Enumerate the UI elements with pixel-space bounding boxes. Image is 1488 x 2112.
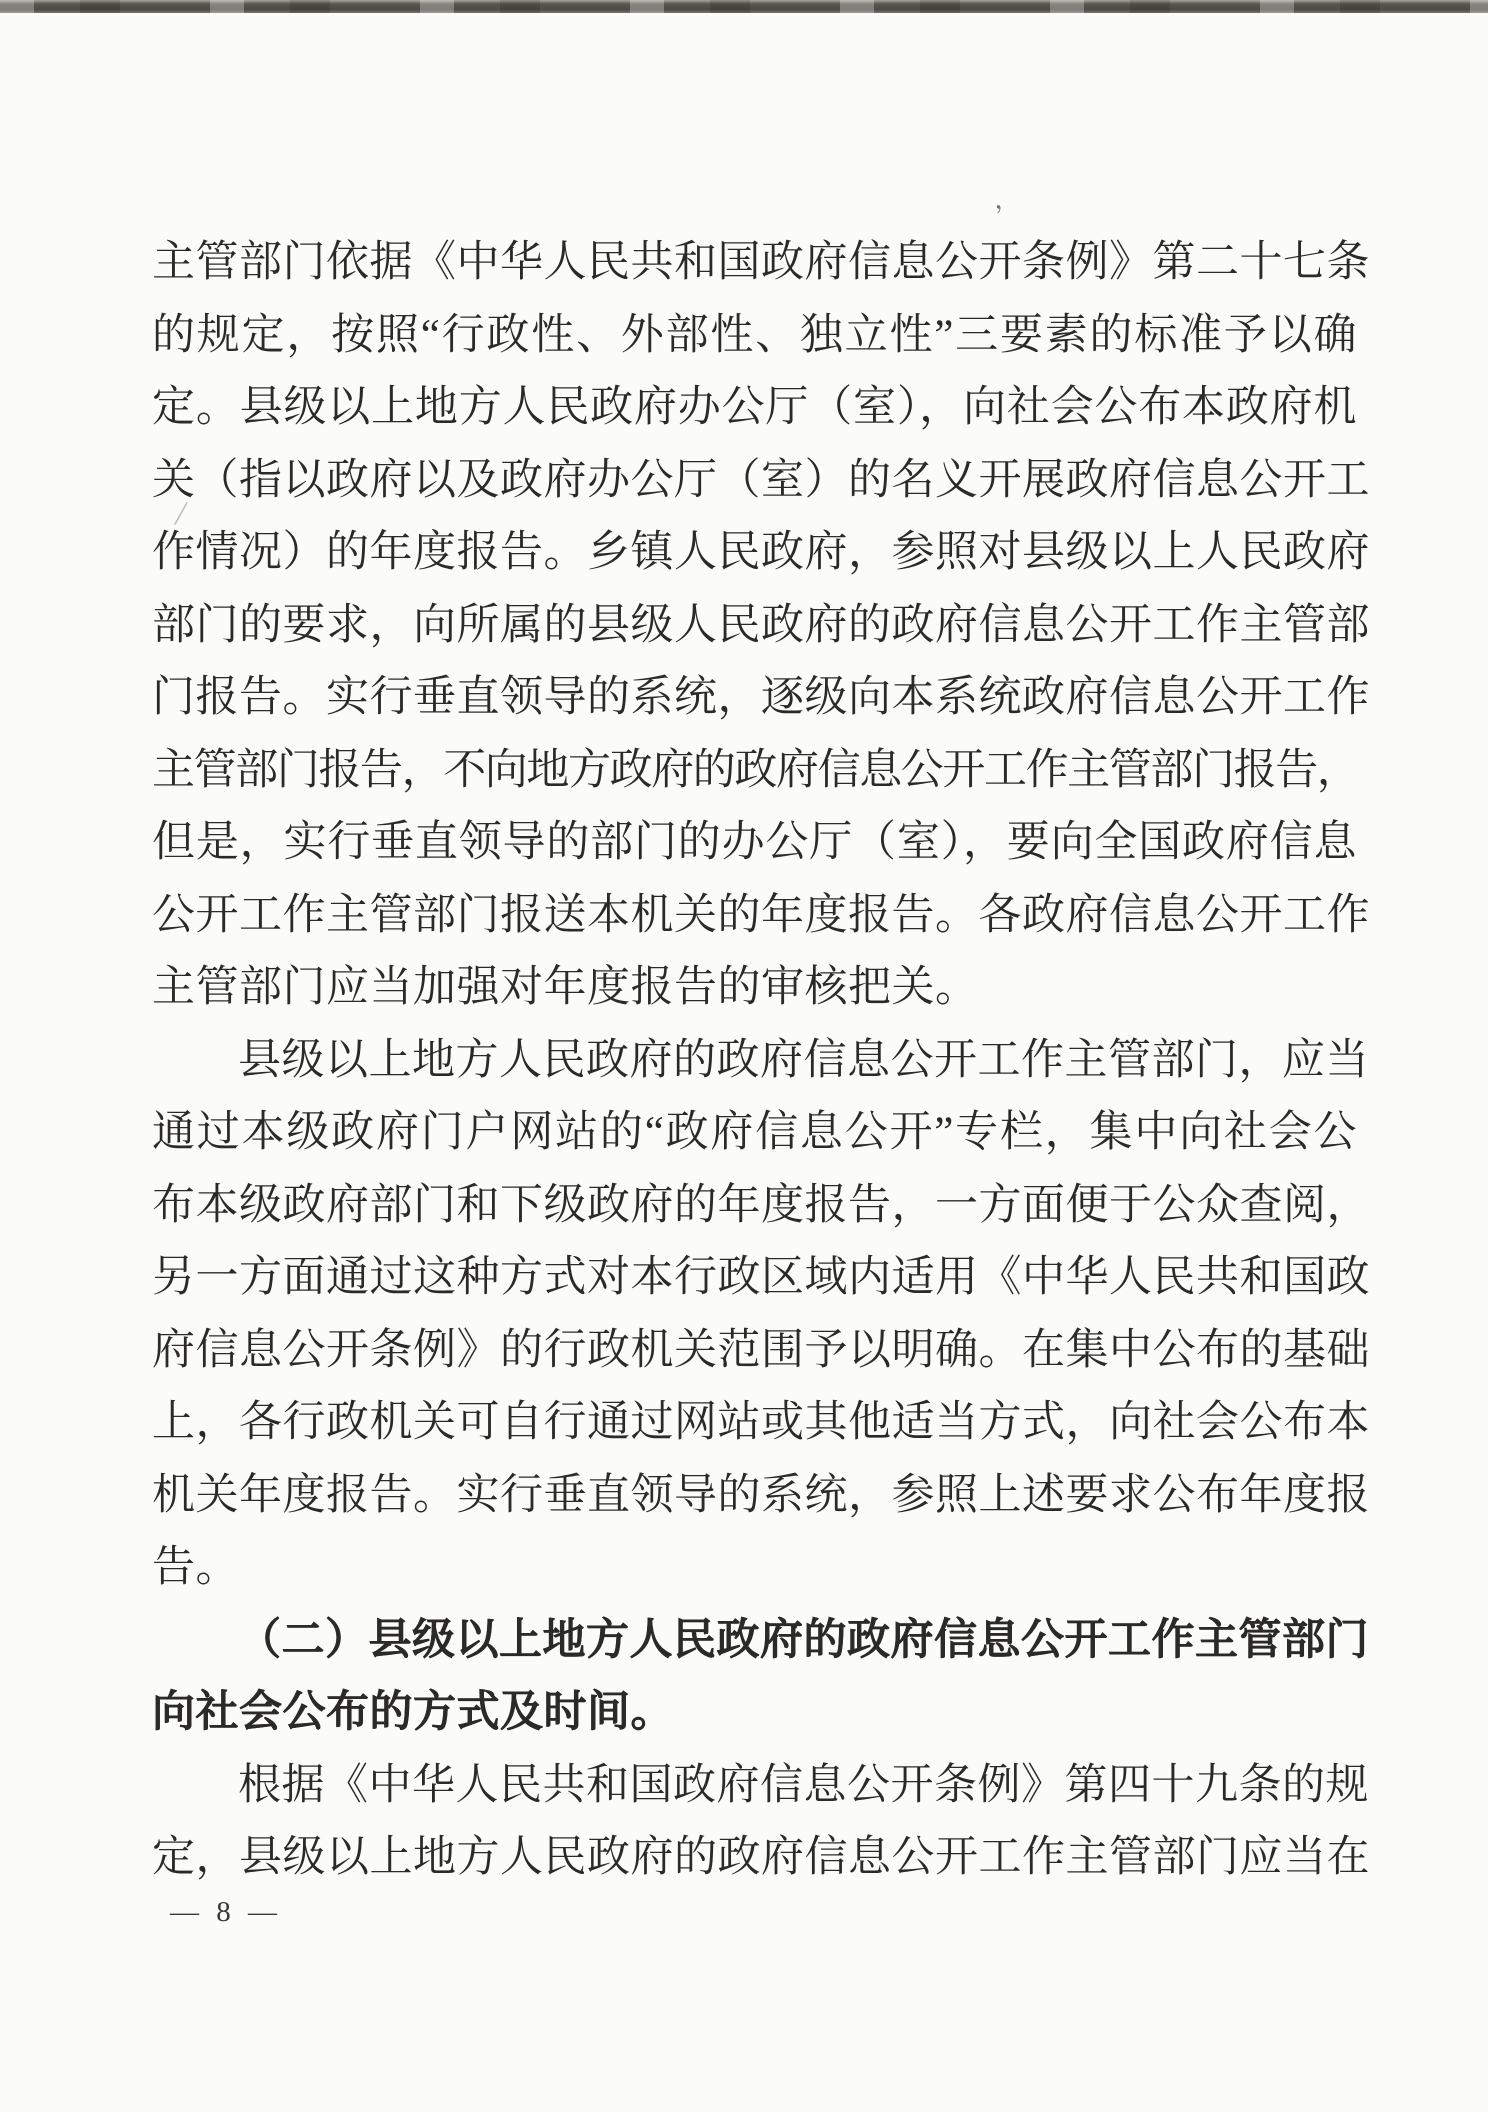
text-line: 告。 [152, 1532, 1357, 1605]
text-line: 根据《中华人民共和国政府信息公开条例》第四十九条的规 [152, 1750, 1357, 1823]
scan-speck: ， [991, 176, 1022, 216]
text-line: 定，县级以上地方人民政府的政府信息公开工作主管部门应当在 [152, 1822, 1357, 1895]
text-line: 主管部门应当加强对年度报告的审核把关。 [152, 952, 1357, 1025]
text-line: 门报告。实行垂直领导的系统，逐级向本系统政府信息公开工作 [152, 662, 1357, 735]
text-line: 的规定，按照“行政性、外部性、独立性”三要素的标准予以确 [152, 300, 1357, 373]
text-line: 但是，实行垂直领导的部门的办公厅（室），要向全国政府信息 [152, 807, 1357, 880]
text-line: 布本级政府部门和下级政府的年度报告，一方面便于公众查阅， [152, 1170, 1357, 1243]
text-line: 府信息公开条例》的行政机关范围予以明确。在集中公布的基础 [152, 1315, 1357, 1388]
scanned-document-page: ，/ 主管部门依据《中华人民共和国政府信息公开条例》第二十七条的规定，按照“行政… [0, 0, 1488, 2112]
text-line: 关（指以政府以及政府办公厅（室）的名义开展政府信息公开工 [152, 445, 1357, 518]
text-line: 机关年度报告。实行垂直领导的系统，参照上述要求公布年度报 [152, 1460, 1357, 1533]
scan-top-band [0, 0, 1488, 13]
text-line: 向社会公布的方式及时间。 [152, 1677, 1357, 1750]
text-line: 主管部门依据《中华人民共和国政府信息公开条例》第二十七条 [152, 227, 1357, 300]
text-line: （二）县级以上地方人民政府的政府信息公开工作主管部门 [152, 1605, 1357, 1678]
text-line: 部门的要求，向所属的县级人民政府的政府信息公开工作主管部 [152, 590, 1357, 663]
text-line: 作情况）的年度报告。乡镇人民政府，参照对县级以上人民政府 [152, 517, 1357, 590]
text-line: 定。县级以上地方人民政府办公厅（室），向社会公布本政府机 [152, 372, 1357, 445]
text-line: 主管部门报告，不向地方政府的政府信息公开工作主管部门报告， [152, 735, 1357, 808]
text-line: 县级以上地方人民政府的政府信息公开工作主管部门，应当 [152, 1025, 1357, 1098]
document-text-block: 主管部门依据《中华人民共和国政府信息公开条例》第二十七条的规定，按照“行政性、外… [152, 227, 1357, 1895]
text-line: 上，各行政机关可自行通过网站或其他适当方式，向社会公布本 [152, 1387, 1357, 1460]
text-line: 另一方面通过这种方式对本行政区域内适用《中华人民共和国政 [152, 1242, 1357, 1315]
page-number: — 8 — [170, 1896, 282, 1929]
text-line: 通过本级政府门户网站的“政府信息公开”专栏，集中向社会公 [152, 1097, 1357, 1170]
text-line: 公开工作主管部门报送本机关的年度报告。各政府信息公开工作 [152, 880, 1357, 953]
